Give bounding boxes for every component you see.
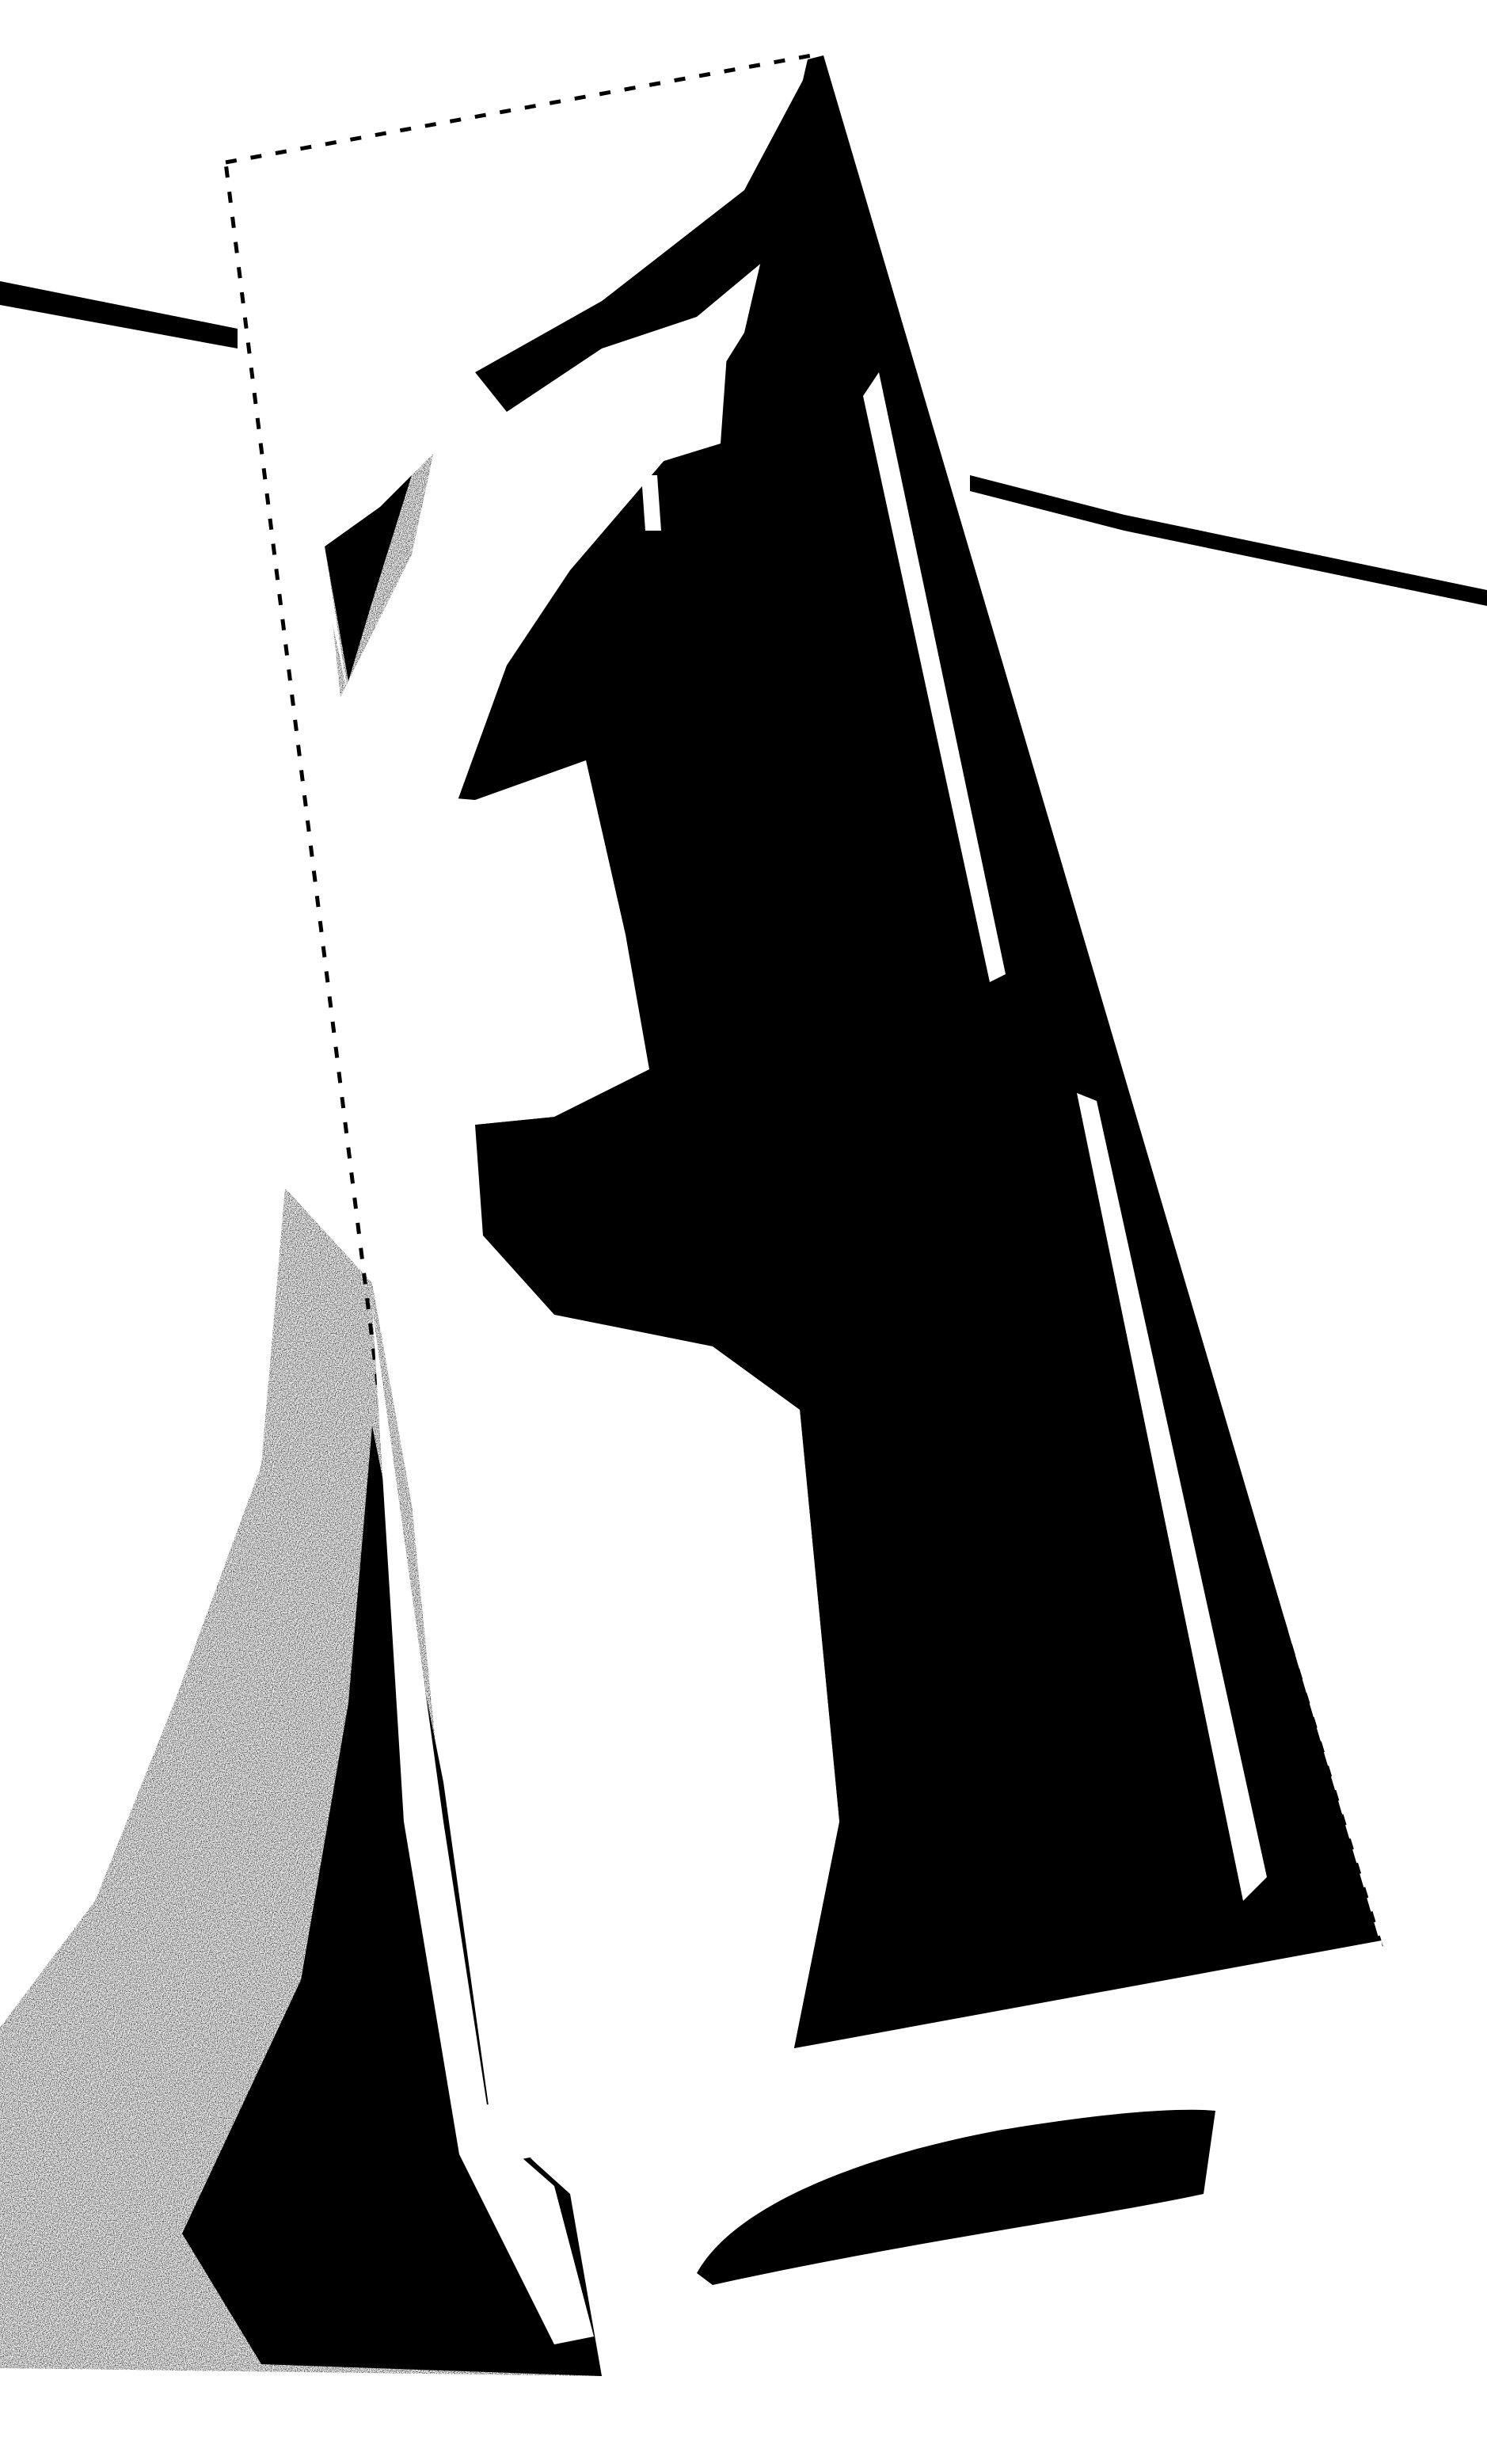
binarized-photo	[0, 0, 1487, 2464]
